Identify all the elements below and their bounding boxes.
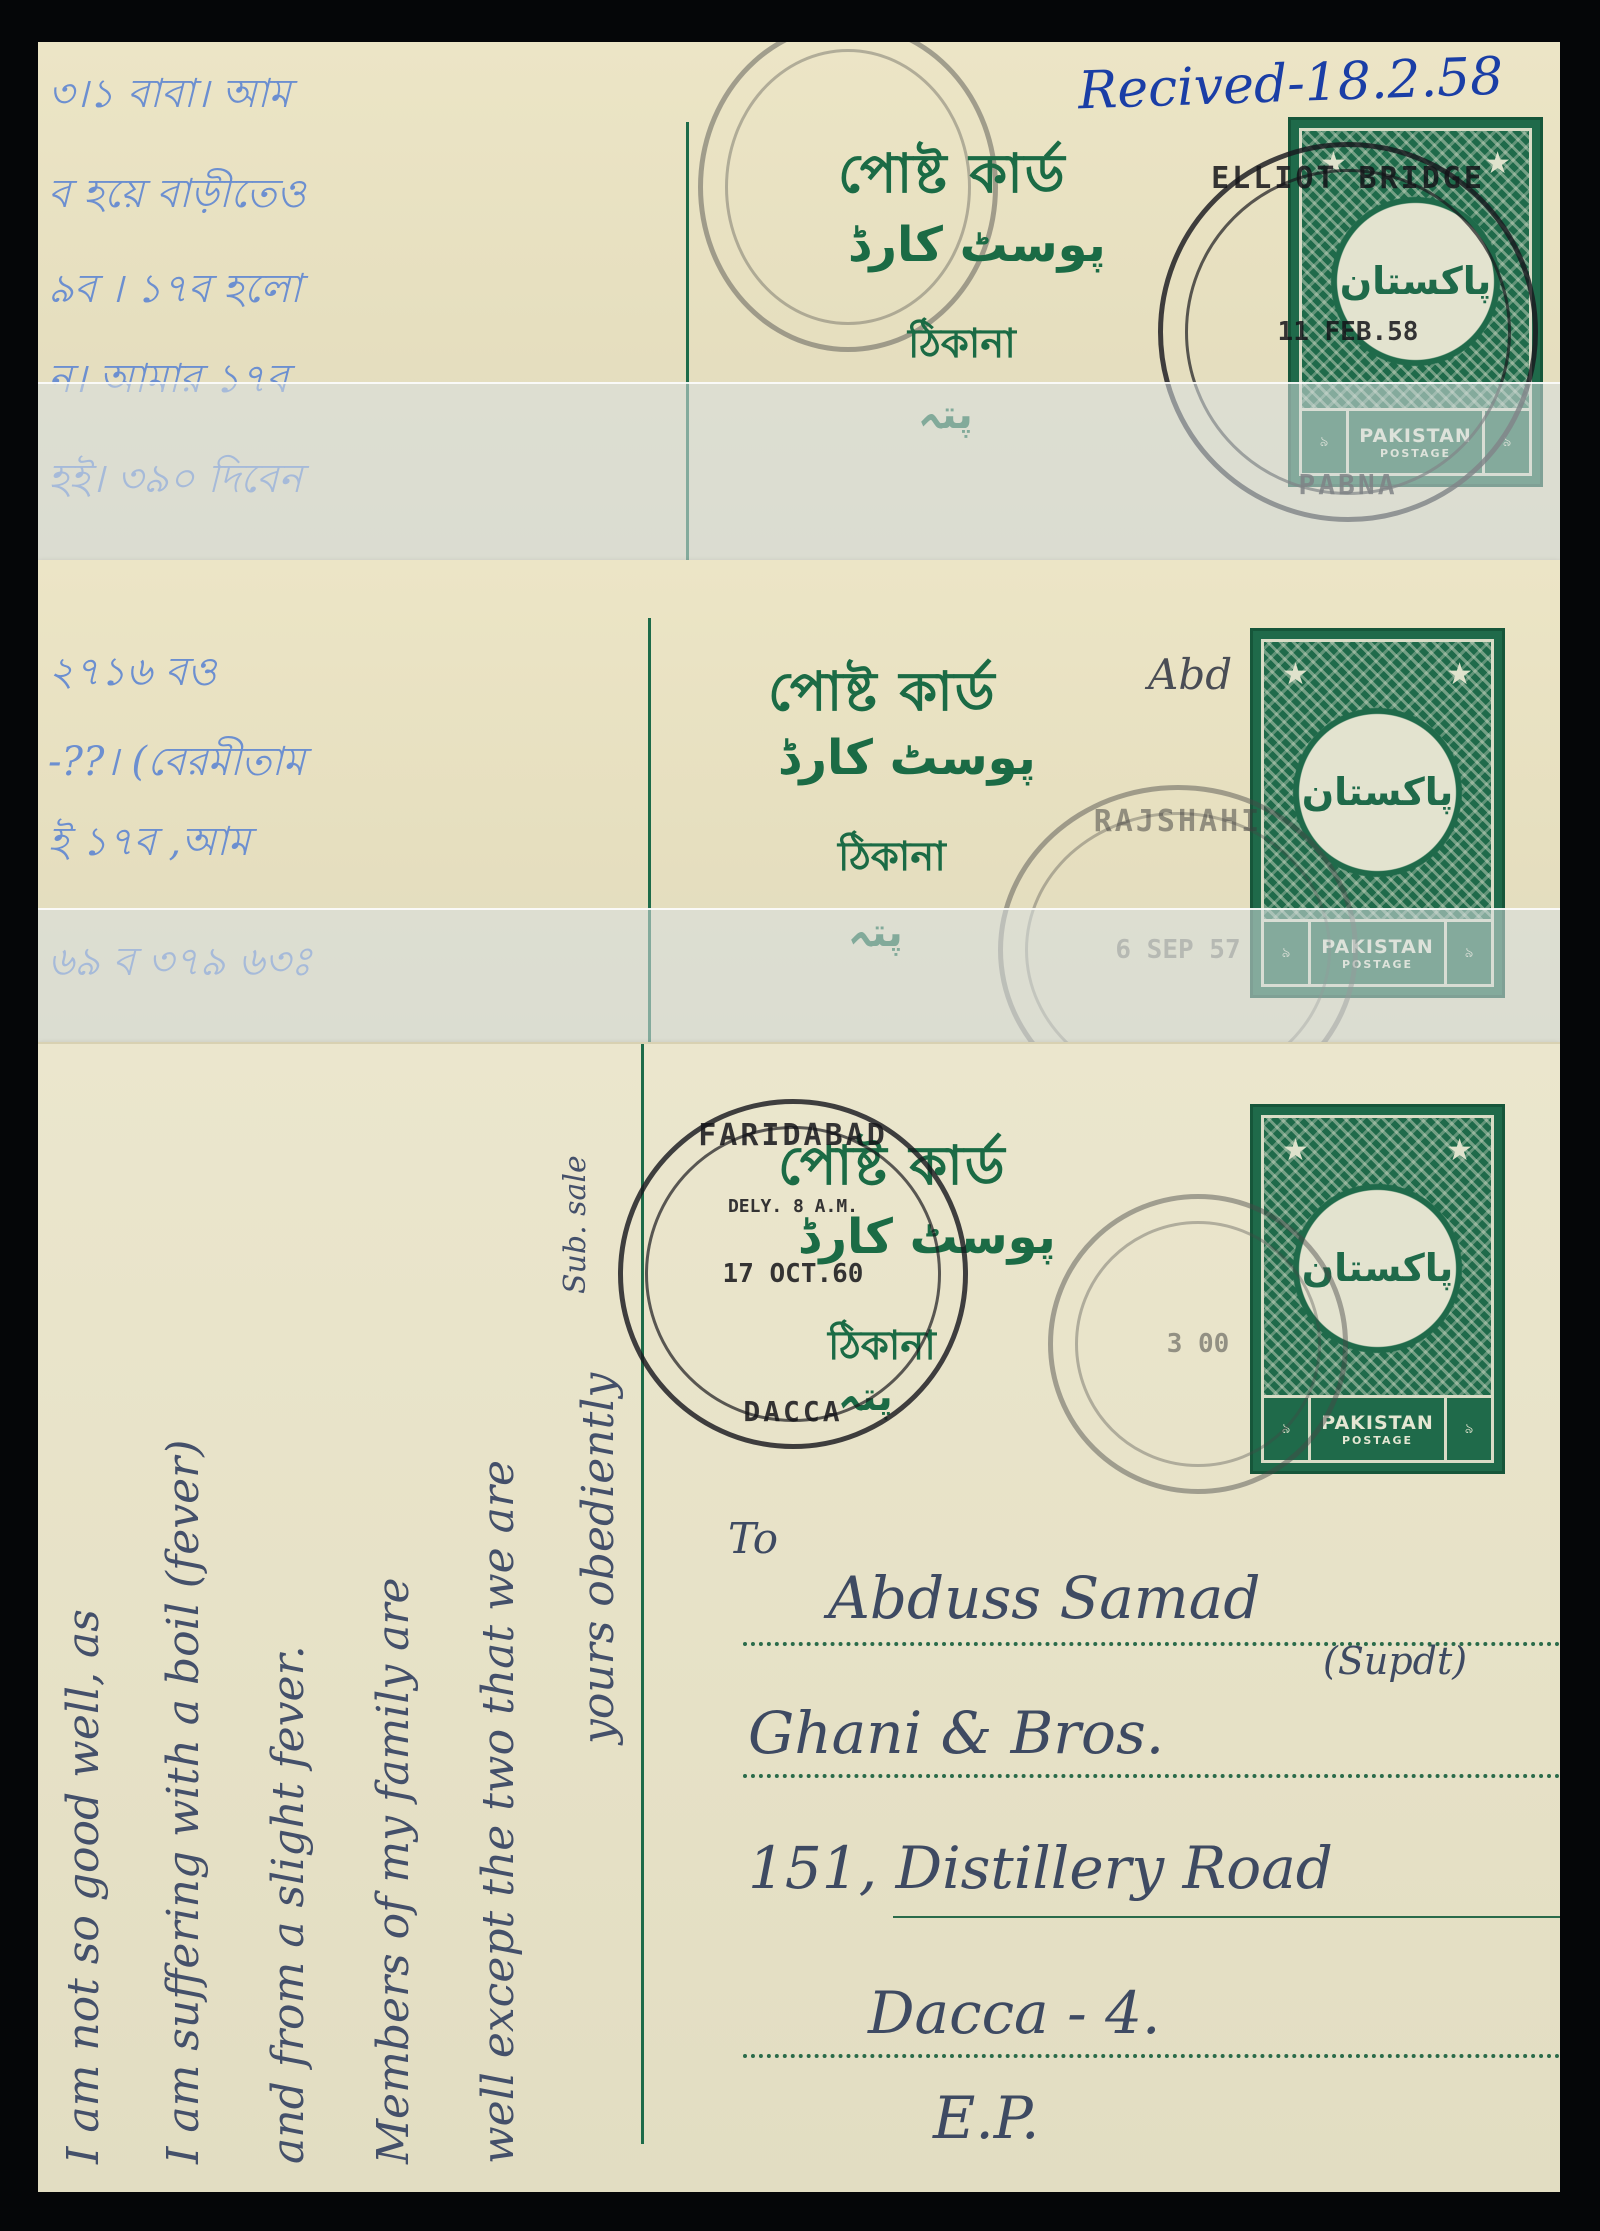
star-icon: ★ <box>1282 660 1309 690</box>
received-annotation: Recived-18.2.58 <box>1077 47 1504 122</box>
letter-line: I am not so good well, as <box>58 1609 109 2164</box>
value-tablet: ৯ <box>1444 1398 1491 1460</box>
letter-line: and from a slight fever. <box>263 1645 314 2164</box>
heading-bengali: পোষ্ট কার্ড <box>768 650 997 740</box>
letter-line: ব হয়ে বাড়ীতেও <box>48 162 306 229</box>
postmark-faint: 3 00 <box>1048 1194 1348 1494</box>
star-icon: ★ <box>1446 1136 1473 1166</box>
letter-line: ২৭১৬ বও <box>48 640 216 707</box>
postcard-1: Recived-18.2.58 ৩।১ বাবা। আম ব হয়ে বাড়… <box>38 42 1560 562</box>
postmark-faridabad: FARIDABAD 17 OCT.60 DACCA DELY. 8 A.M. <box>618 1099 968 1449</box>
heading-bengali: পোষ্ট কার্ড <box>838 132 1067 222</box>
heading-urdu: پوسٹ کارڈ <box>778 730 1036 786</box>
address-line-1: Ghani & Bros. <box>748 1699 1164 1767</box>
stamp-sub: POSTAGE <box>1342 1434 1413 1447</box>
address-line-2: 151, Distillery Road <box>748 1834 1333 1902</box>
address-solid-line <box>893 1916 1560 1918</box>
address-label-bengali: ঠিকানা <box>838 825 946 892</box>
postcard-collection: Recived-18.2.58 ৩।১ বাবা। আম ব হয়ে বাড়… <box>38 42 1560 2192</box>
letter-line: ই ১৭ব ,আম <box>48 810 250 877</box>
initials-signature: Abd <box>1148 650 1232 699</box>
letter-line: Sub. sale <box>558 1155 593 1294</box>
address-dotted-line <box>743 2054 1560 2058</box>
recipient-name: Abduss Samad <box>828 1564 1260 1632</box>
heading-urdu: پوسٹ کارڈ <box>848 217 1106 273</box>
letter-line: ৯ব । ১৭ব হলো <box>48 257 301 324</box>
address-dotted-line <box>743 1642 1560 1646</box>
star-icon: ★ <box>1446 660 1473 690</box>
address-to: To <box>728 1514 778 1563</box>
protective-sleeve <box>38 382 1560 564</box>
address-dotted-line <box>743 1774 1560 1778</box>
stamp-country: PAKISTAN <box>1321 1412 1433 1434</box>
star-icon: ★ <box>1282 1136 1309 1166</box>
postcard-3: I am not so good well, as I am suffering… <box>38 1042 1560 2192</box>
letter-line: yours obediently <box>573 1373 624 1744</box>
letter-line: well except the two that we are <box>473 1460 524 2164</box>
postcard-2: received-7.9.57 ২৭১৬ বও -??। (বেরমীতাম ই… <box>38 560 1560 1070</box>
letter-line: I am suffering with a boil (fever) <box>158 1440 209 2164</box>
letter-line: ৩।১ বাবা। আম <box>48 62 291 129</box>
address-label-bengali: ঠিকানা <box>908 312 1016 379</box>
address-line-3: Dacca - 4. <box>868 1979 1160 2047</box>
delivery-text: DELY. 8 A.M. <box>623 1196 963 1217</box>
address-line-4: E.P. <box>933 2084 1039 2152</box>
letter-line: Members of my family are <box>368 1578 419 2164</box>
letter-line: -??। (বেরমীতাম <box>48 730 305 797</box>
